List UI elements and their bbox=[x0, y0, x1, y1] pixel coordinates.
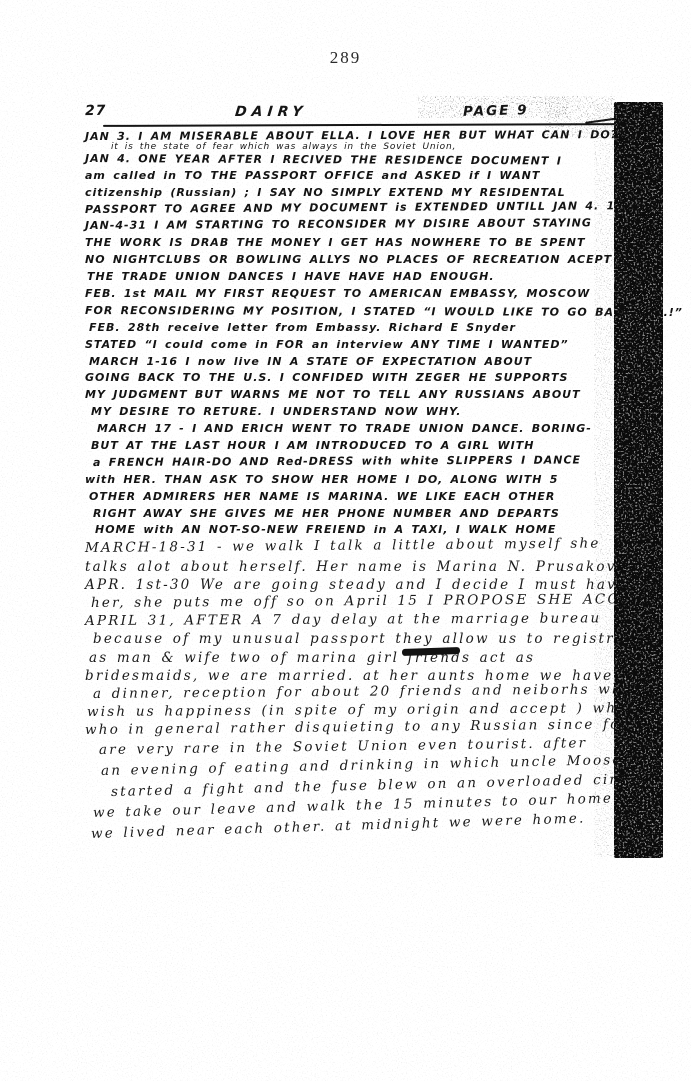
diary-line: as man & wife two of marina girl friends… bbox=[89, 649, 630, 667]
diary-line: because of my unusual passport they allo… bbox=[93, 630, 630, 648]
diary-line: MY DESIRE TO RETURE. I UNDERSTAND NOW WH… bbox=[91, 404, 630, 421]
diary-text-block: JAN 3. I AM MISERABLE ABOUT ELLA. I LOVE… bbox=[85, 129, 630, 843]
diary-line: APRIL 31, AFTER A 7 day delay at the mar… bbox=[85, 609, 630, 630]
diary-line: a FRENCH HAIR-DO AND Red-DRESS with whit… bbox=[93, 452, 630, 472]
diary-line: THE WORK IS DRAB THE MONEY I GET HAS NOW… bbox=[85, 235, 630, 252]
diary-header: 27 DAIRY PAGE 9 bbox=[85, 103, 625, 129]
diary-line: RIGHT AWAY SHE GIVES ME HER PHONE NUMBER… bbox=[93, 506, 630, 523]
diary-line: MY JUDGMENT BUT WARNS ME NOT TO TELL ANY… bbox=[85, 387, 630, 404]
header-page-label: PAGE 9 bbox=[463, 102, 529, 120]
header-entry-number: 27 bbox=[85, 103, 107, 119]
page-number: 289 bbox=[0, 48, 691, 68]
diary-line: JAN-4-31 I AM STARTING TO RECONSIDER MY … bbox=[85, 216, 630, 236]
diary-line: MARCH 1-16 I now live IN A STATE OF EXPE… bbox=[89, 354, 630, 371]
diary-line: GOING BACK TO THE U.S. I CONFIDED WITH Z… bbox=[85, 370, 630, 387]
diary-line: FEB. 1st MAIL MY FIRST REQUEST TO AMERIC… bbox=[85, 286, 630, 303]
diary-line: NO NIGHTCLUBS OR BOWLING ALLYS NO PLACES… bbox=[85, 252, 630, 269]
diary-line: am called in TO THE PASSPORT OFFICE and … bbox=[85, 168, 630, 185]
diary-line: STATED “I could come in FOR an interview… bbox=[85, 337, 630, 354]
header-title: DAIRY bbox=[234, 104, 308, 120]
header-rule bbox=[103, 123, 625, 127]
diary-line: THE TRADE UNION DANCES I HAVE HAVE HAD E… bbox=[87, 269, 630, 286]
diary-line: talks alot about herself. Her name is Ma… bbox=[85, 558, 630, 576]
diary-line: with HER. THAN ASK TO SHOW HER HOME I DO… bbox=[85, 472, 630, 489]
document-page: 289 27 DAIRY PAGE 9 JAN 3. I AM MISERABL… bbox=[0, 0, 691, 1081]
diary-line: MARCH-18-31 - we walk I talk a little ab… bbox=[85, 535, 630, 558]
diary-line: MARCH 17 - I AND ERICH WENT TO TRADE UNI… bbox=[97, 421, 630, 438]
diary-line: OTHER ADMIRERS HER NAME IS MARINA. WE LI… bbox=[89, 489, 630, 506]
diary-line: FEB. 28th receive letter from Embassy. R… bbox=[89, 320, 630, 337]
